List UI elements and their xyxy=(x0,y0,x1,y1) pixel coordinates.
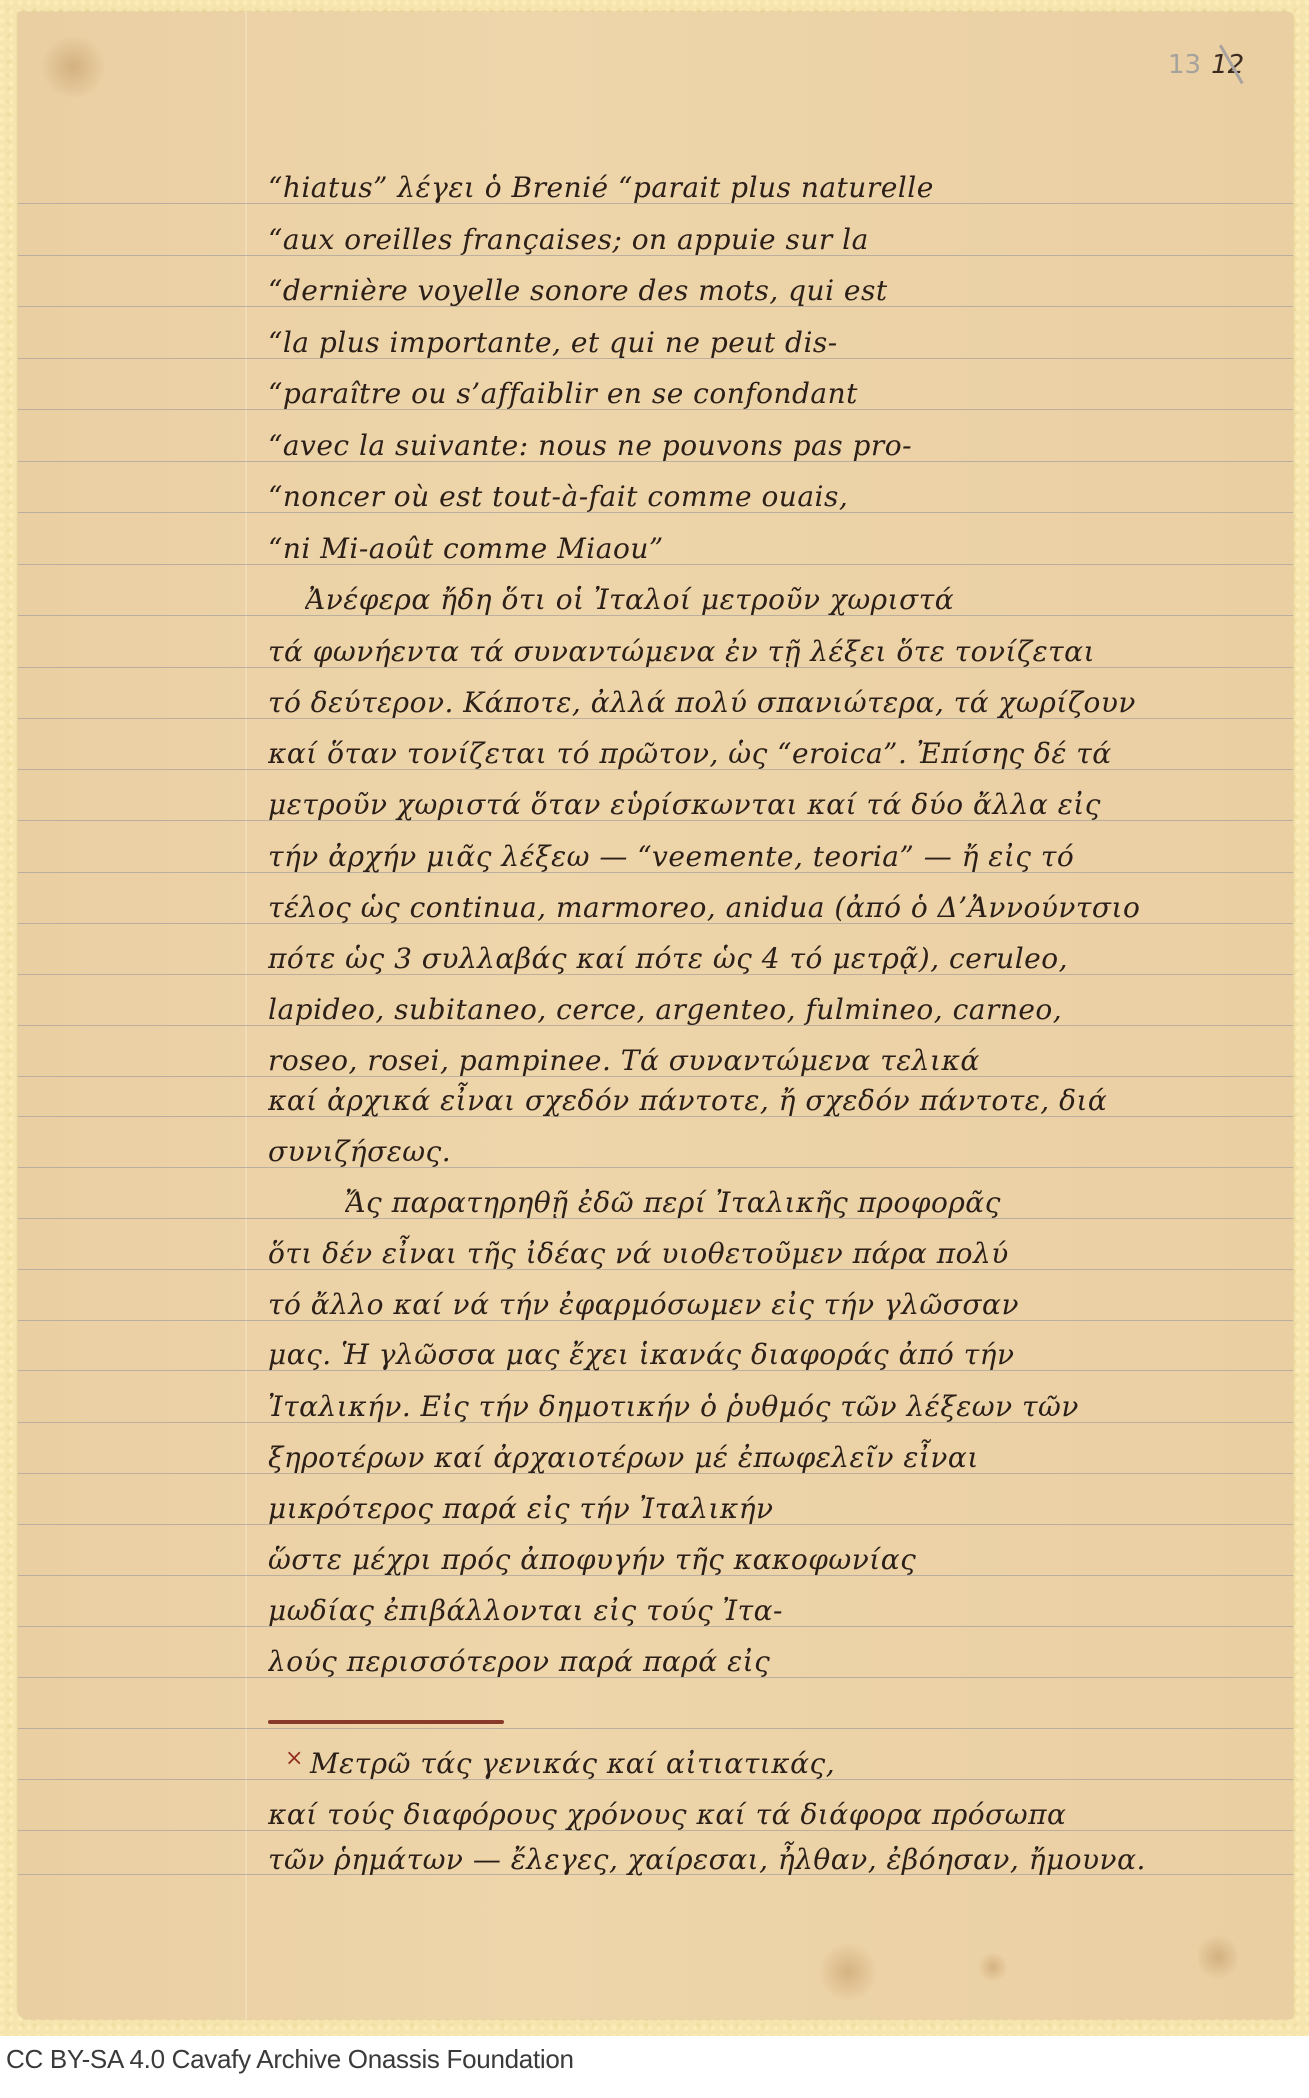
text-line: “hiatus” λέγει ὁ Brenié “parait plus nat… xyxy=(268,168,1278,208)
text-line: “paraître ou s’affaiblir en se confondan… xyxy=(268,374,1278,414)
page-number: 1312 xyxy=(1168,50,1244,80)
foxing-stain xyxy=(1198,1932,1238,1982)
text-line: συνιζήσεως. xyxy=(268,1132,1278,1172)
text-line: μωδίας ἐπιβάλλονται εἰς τούς Ἰτα- xyxy=(268,1591,1278,1631)
text-line: ξηροτέρων καί ἀρχαιοτέρων μέ ἐπωφελεῖν ε… xyxy=(268,1438,1278,1478)
text-line: τό δεύτερον. Κάποτε, ἀλλά πολύ σπανιώτερ… xyxy=(268,683,1278,723)
footnote-divider xyxy=(268,1720,504,1724)
text-line: “noncer où est tout-à-fait comme ouais, xyxy=(268,477,1278,517)
page-number-ink-struck: 12 xyxy=(1211,50,1244,80)
text-line: καί ὅταν τονίζεται τό πρῶτον, ὡς “eroica… xyxy=(268,734,1278,774)
text-line: καί ἀρχικά εἶναι σχεδόν πάντοτε, ἤ σχεδό… xyxy=(268,1081,1278,1121)
footnote-line: καί τούς διαφόρους χρόνους καί τά διάφορ… xyxy=(268,1795,1278,1835)
text-line: “aux oreilles françaises; on appuie sur … xyxy=(268,220,1278,260)
text-line: τέλος ὡς continua, marmoreo, anidua (ἀπό… xyxy=(268,888,1278,928)
text-line: τά φωνήεντα τά συναντώμενα ἐν τῇ λέξει ὅ… xyxy=(268,632,1278,672)
text-line: “ni Mi-août comme Miaou” xyxy=(268,529,1278,569)
text-line: “avec la suivante: nous ne pouvons pas p… xyxy=(268,426,1278,466)
text-line: roseo, rosei, pampinee. Τά συναντώμενα τ… xyxy=(268,1041,1278,1081)
footnote-line: τῶν ῥημάτων — ἔλεγες, χαίρεσαι, ἦλθαν, ἐ… xyxy=(268,1840,1278,1880)
license-caption: CC BY-SA 4.0 Cavafy Archive Onassis Foun… xyxy=(6,2044,574,2075)
text-line: λούς περισσότερον παρά παρά εἰς xyxy=(268,1642,1278,1682)
text-line: Ἀνέφερα ἤδη ὅτι οἱ Ἰταλοί μετροῦν χωριστ… xyxy=(305,580,1309,620)
text-line: πότε ὡς 3 συλλαβάς καί πότε ὡς 4 τό μετρ… xyxy=(268,939,1278,979)
foxing-stain xyxy=(38,37,108,97)
text-line: Ἰταλικήν. Εἰς τήν δημοτικήν ὁ ῥυθμός τῶν… xyxy=(268,1387,1278,1427)
footnote-line: ×Μετρῶ τάς γενικάς καί αἰτιατικάς, xyxy=(285,1744,1295,1787)
text-line: μας. Ἡ γλῶσσα μας ἔχει ἱκανάς διαφοράς ἀ… xyxy=(268,1335,1278,1375)
text-line: τήν ἀρχήν μιᾶς λέξεω — “veemente, teoria… xyxy=(268,837,1278,877)
text-line: ὥστε μέχρι πρός ἀποφυγήν τῆς κακοφωνίας xyxy=(268,1540,1278,1580)
text-line: “la plus importante, et qui ne peut dis- xyxy=(268,323,1278,363)
text-line: μετροῦν χωριστά ὅταν εὑρίσκωνται καί τά … xyxy=(268,785,1278,825)
foxing-stain xyxy=(818,1942,878,2002)
text-line: μικρότερος παρά εἰς τήν Ἰταλικήν xyxy=(268,1489,1278,1529)
footnote-marker: × xyxy=(285,1746,304,1771)
page-number-pencil: 13 xyxy=(1168,50,1201,80)
paper-fold-line xyxy=(245,12,247,2019)
text-line: “dernière voyelle sonore des mots, qui e… xyxy=(268,271,1278,311)
text-line: Ἄς παρατηρηθῇ ἐδῶ περί Ἰταλικῆς προφορᾶς xyxy=(345,1183,1309,1223)
foxing-stain xyxy=(978,1952,1008,1982)
text-line: ὅτι δέν εἶναι τῆς ἰδέας νά υιοθετοῦμεν π… xyxy=(268,1234,1278,1274)
text-line: τό ἄλλο καί νά τήν ἐφαρμόσωμεν εἰς τήν γ… xyxy=(268,1285,1278,1325)
text-line: lapideo, subitaneo, cerce, argenteo, ful… xyxy=(268,990,1278,1030)
